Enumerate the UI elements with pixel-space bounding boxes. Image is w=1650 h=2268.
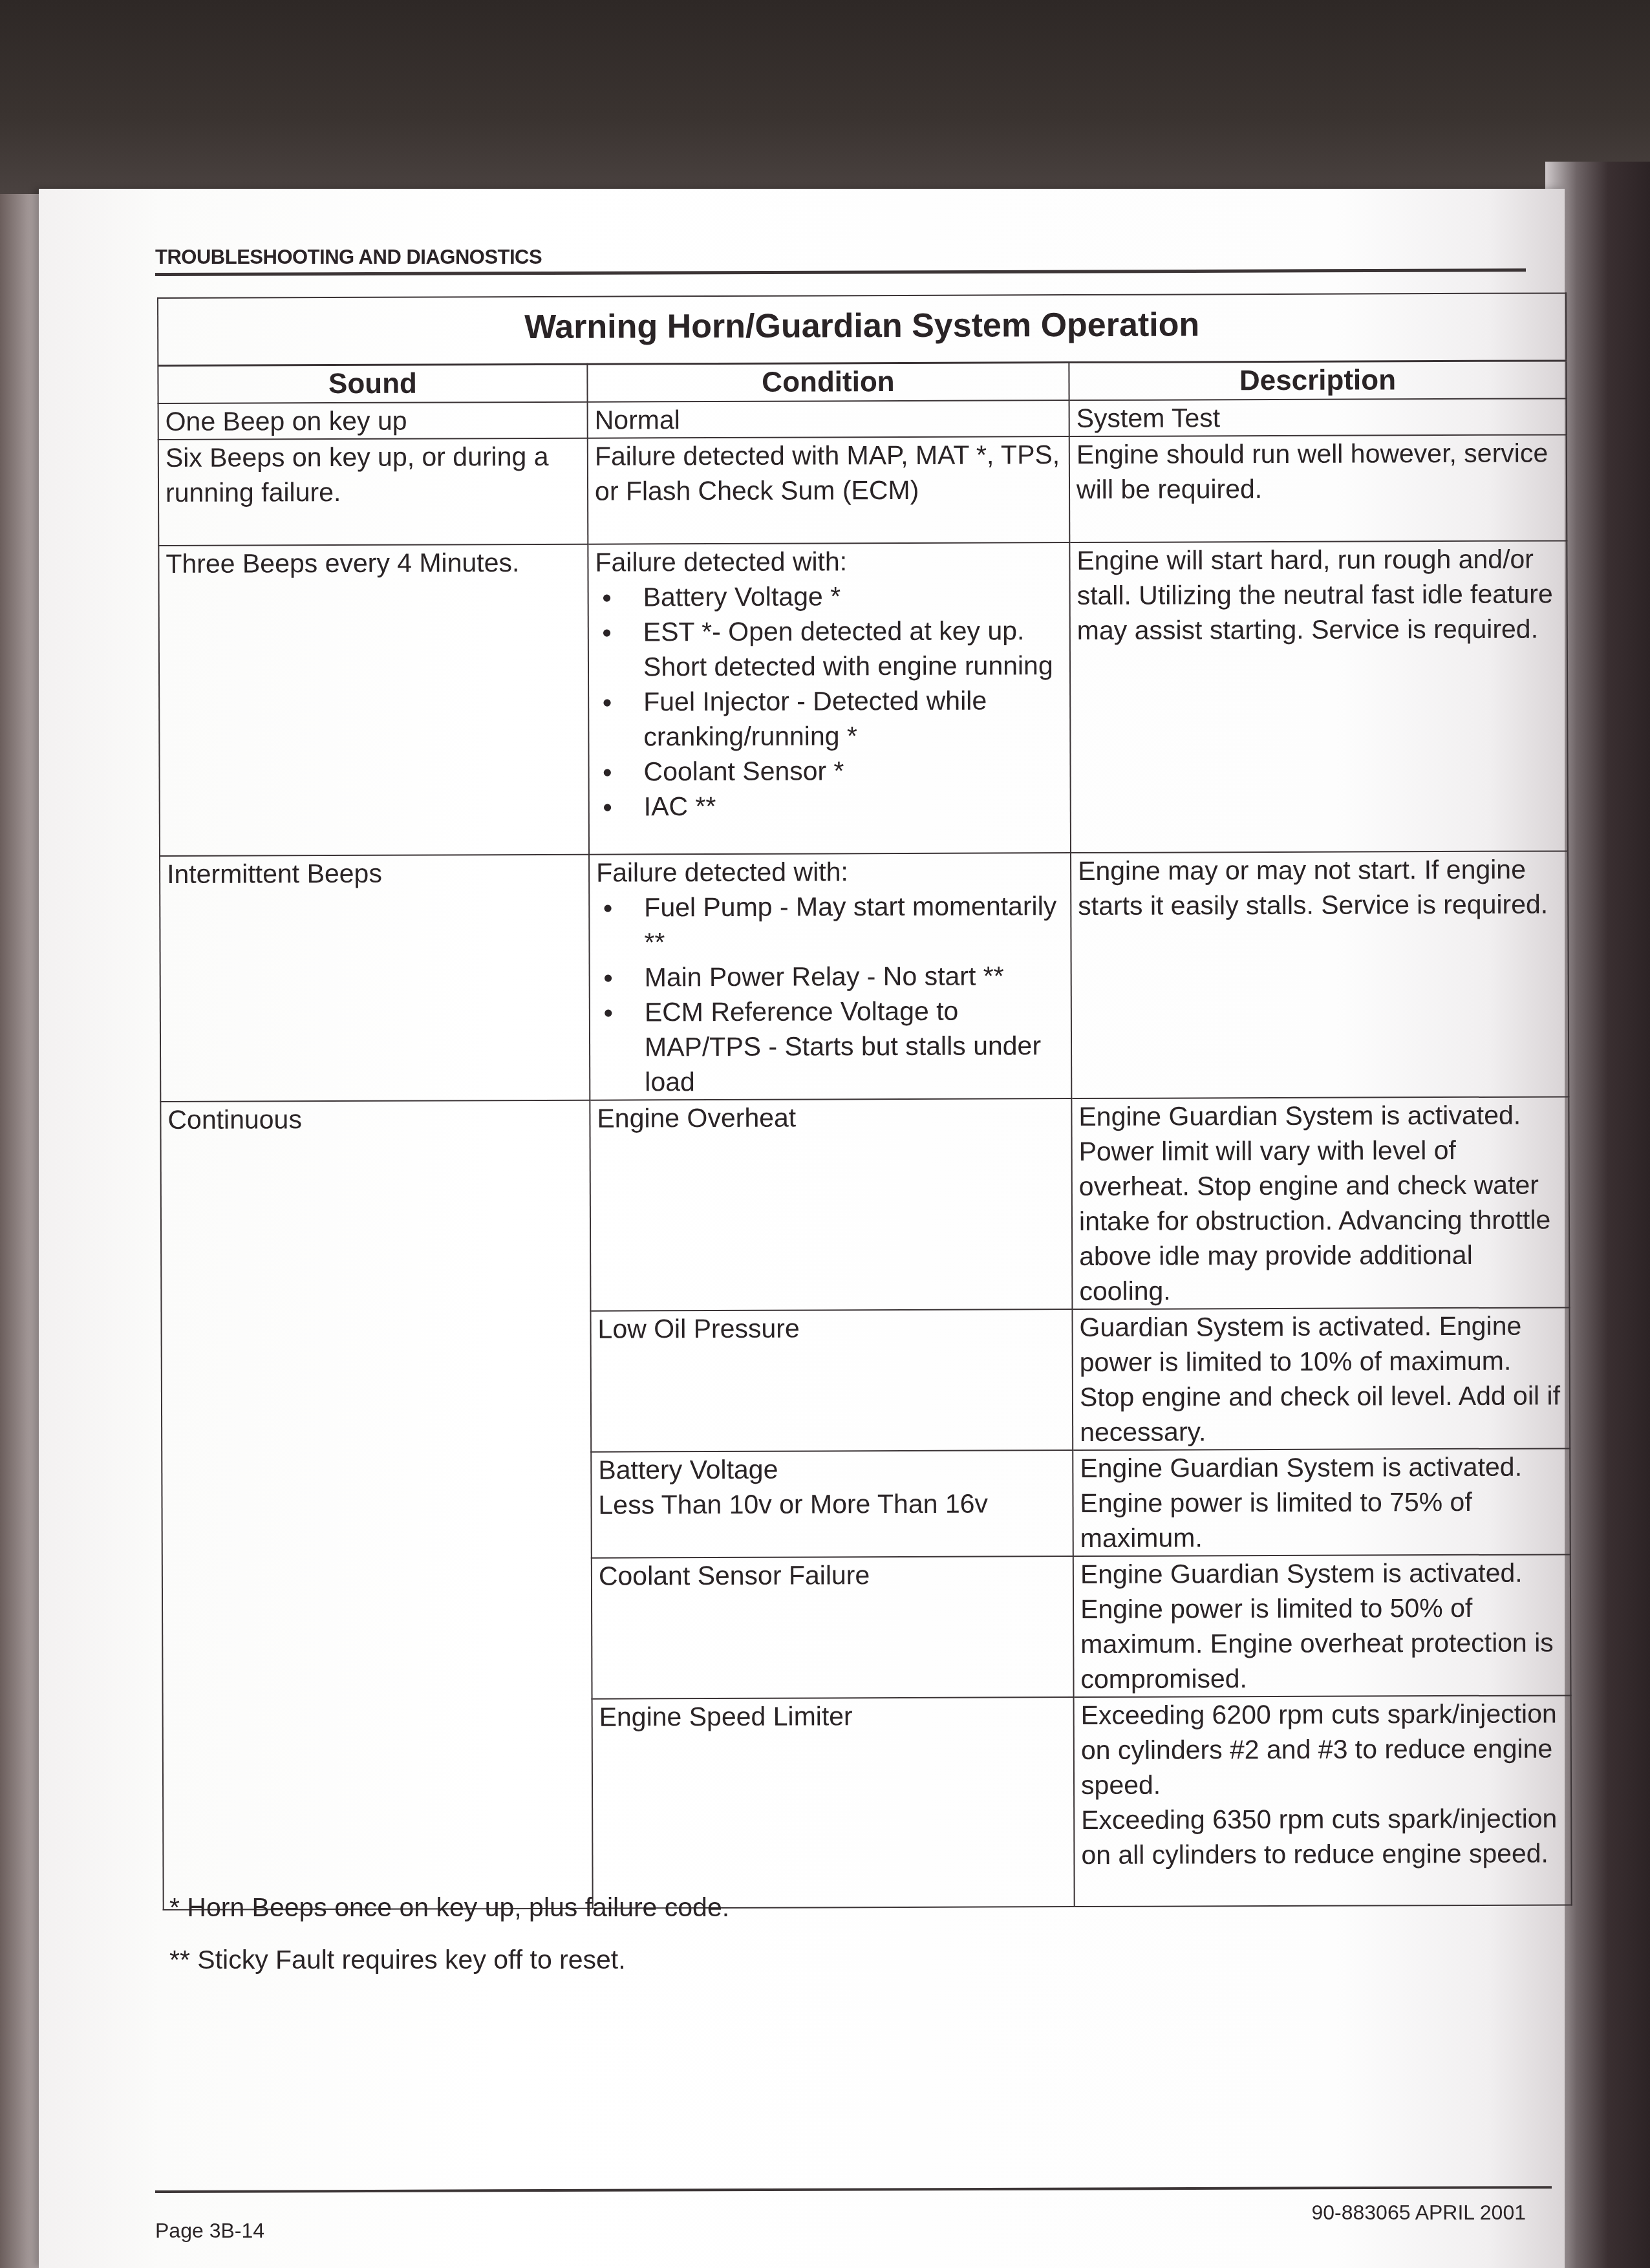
table-body: One Beep on key upNormalSystem TestSix B… — [158, 398, 1572, 1910]
condition-cell: Battery VoltageLess Than 10v or More Tha… — [591, 1450, 1073, 1558]
description-text: Guardian System is activated. Engine pow… — [1079, 1308, 1563, 1450]
description-text: Engine will start hard, run rough and/or… — [1077, 541, 1560, 648]
table-row: Three Beeps every 4 Minutes.Failure dete… — [158, 540, 1568, 856]
description-cell: Engine will start hard, run rough and/or… — [1069, 540, 1568, 853]
condition-text: Engine Speed Limiter — [599, 1698, 1067, 1735]
description-text: Exceeding 6350 rpm cuts spark/injection … — [1081, 1801, 1564, 1872]
condition-cell: Low Oil Pressure — [590, 1309, 1073, 1452]
table-title: Warning Horn/Guardian System Operation — [158, 293, 1566, 365]
condition-list: Fuel Pump - May start momentarily **Main… — [596, 888, 1064, 1100]
condition-text: Less Than 10v or More Than 16v — [598, 1486, 1066, 1523]
description-text: Engine Guardian System is activated. Eng… — [1080, 1555, 1564, 1696]
document-page: TROUBLESHOOTING AND DIAGNOSTICS Warning … — [39, 189, 1565, 2268]
description-cell: Engine Guardian System is activated. Pow… — [1071, 1097, 1569, 1309]
condition-text: Engine Overheat — [597, 1099, 1064, 1136]
table-row: Six Beeps on key up, or during a running… — [158, 434, 1567, 546]
footnote-double-asterisk: ** Sticky Fault requires key off to rese… — [169, 1945, 626, 1975]
table-row: One Beep on key upNormalSystem Test — [158, 398, 1567, 440]
condition-cell: Coolant Sensor Failure — [592, 1556, 1074, 1699]
page-number: Page 3B-14 — [155, 2219, 264, 2243]
condition-list-item: IAC ** — [596, 787, 1064, 824]
document-reference: 90-883065 APRIL 2001 — [1311, 2201, 1526, 2225]
column-header-description: Description — [1069, 361, 1566, 400]
description-cell: Engine Guardian System is activated. Eng… — [1073, 1554, 1571, 1697]
condition-list-item: Fuel Pump - May start momentarily ** — [596, 888, 1064, 960]
description-text: Exceeding 6200 rpm cuts spark/injection … — [1081, 1696, 1565, 1803]
condition-cell: Failure detected with:Battery Voltage *E… — [588, 542, 1071, 855]
condition-list-item: EST *- Open detected at key up. Short de… — [595, 613, 1063, 685]
condition-text: Failure detected with: — [595, 543, 1062, 580]
description-cell: Guardian System is activated. Engine pow… — [1072, 1307, 1570, 1450]
column-header-sound: Sound — [158, 364, 587, 403]
sound-cell: Six Beeps on key up, or during a running… — [158, 438, 588, 546]
description-text: Engine Guardian System is activated. Pow… — [1078, 1097, 1562, 1309]
table-row: ContinuousEngine OverheatEngine Guardian… — [160, 1097, 1569, 1312]
header-rule — [155, 268, 1526, 276]
sound-cell: Intermittent Beeps — [160, 855, 590, 1102]
description-text: Engine should run well however, service … — [1077, 435, 1559, 507]
description-cell: Exceeding 6200 rpm cuts spark/injection … — [1074, 1695, 1572, 1907]
footnote-single-asterisk: * Horn Beeps once on key up, plus failur… — [169, 1892, 729, 1923]
section-header: TROUBLESHOOTING AND DIAGNOSTICS — [155, 246, 542, 269]
page-content: TROUBLESHOOTING AND DIAGNOSTICS Warning … — [155, 189, 1565, 2268]
condition-list-item: Coolant Sensor * — [595, 753, 1063, 789]
condition-text: Coolant Sensor Failure — [599, 1557, 1066, 1594]
description-cell: Engine should run well however, service … — [1069, 434, 1567, 542]
condition-cell: Failure detected with:Fuel Pump - May st… — [589, 853, 1071, 1100]
condition-cell: Normal — [588, 400, 1069, 438]
condition-cell: Engine Speed Limiter — [592, 1697, 1075, 1909]
footer-rule — [155, 2186, 1552, 2193]
condition-cell: Engine Overheat — [590, 1098, 1072, 1311]
condition-list-item: ECM Reference Voltage to MAP/TPS - Start… — [597, 993, 1065, 1100]
sound-cell: Three Beeps every 4 Minutes. — [158, 544, 589, 856]
description-text: System Test — [1077, 399, 1559, 436]
warning-horn-table: Warning Horn/Guardian System Operation S… — [157, 292, 1572, 1910]
condition-list-item: Main Power Relay - No start ** — [597, 958, 1064, 995]
sound-cell: One Beep on key up — [158, 402, 588, 440]
condition-list: Battery Voltage *EST *- Open detected at… — [595, 578, 1064, 824]
table-row: Intermittent BeepsFailure detected with:… — [160, 851, 1569, 1102]
column-header-condition: Condition — [587, 363, 1069, 402]
condition-cell: Failure detected with MAP, MAT *, TPS, o… — [588, 436, 1070, 544]
sound-cell: Continuous — [160, 1100, 592, 1910]
description-cell: Engine Guardian System is activated. Eng… — [1073, 1448, 1570, 1556]
condition-list-item: Fuel Injector - Detected while cranking/… — [595, 683, 1063, 754]
condition-text: Normal — [595, 401, 1062, 438]
condition-list-item: Battery Voltage * — [595, 578, 1063, 615]
description-text: Engine Guardian System is activated. Eng… — [1080, 1449, 1563, 1556]
photo-background-top — [0, 0, 1650, 194]
condition-text: Failure detected with MAP, MAT *, TPS, o… — [595, 437, 1062, 509]
description-cell: Engine may or may not start. If engine s… — [1071, 851, 1569, 1098]
description-text: Engine may or may not start. If engine s… — [1078, 851, 1561, 923]
condition-text: Battery Voltage — [598, 1451, 1066, 1488]
description-cell: System Test — [1069, 398, 1567, 436]
condition-text: Failure detected with: — [596, 853, 1064, 890]
condition-text: Low Oil Pressure — [597, 1310, 1065, 1347]
